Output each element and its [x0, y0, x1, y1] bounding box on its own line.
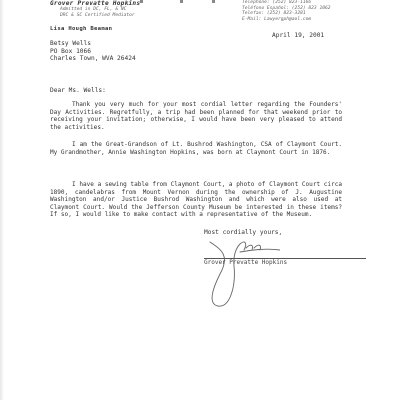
closing: Most cordially yours, [204, 229, 282, 236]
recipient-address: Betsy Wells PO Box 1066 Charles Town, WV… [50, 40, 136, 63]
letter-date: April 19, 2001 [272, 32, 324, 39]
contact-email: E-Mail: Lawyergph@aol.com [242, 17, 331, 23]
sender-name: Grover Prevatte Hopkins [50, 0, 140, 7]
recipient-address-line2: Charles Town, WVA 26424 [50, 55, 136, 63]
paragraph-text: Thank you very much for your most cordia… [50, 101, 342, 131]
sender-certification: DRC & SC Certified Mediator [60, 13, 140, 19]
paragraph-text: I am the Great-Grandson of Lt. Bushrod W… [50, 141, 342, 156]
letter-page: Grover Prevatte Hopkins Admitted in DC, … [0, 0, 400, 400]
handwritten-signature-icon [200, 236, 280, 311]
salutation: Dear Ms. Wells: [50, 87, 106, 94]
scan-marks [140, 0, 240, 6]
body-paragraph: Thank you very much for your most cordia… [50, 101, 342, 131]
letterhead-contact: Telephone: (252) 823-1166 Teléfono Españ… [242, 0, 331, 22]
signature-printed-name: Grover Prevatte Hopkins [204, 259, 287, 266]
body-paragraph: I am the Great-Grandson of Lt. Bushrod W… [50, 141, 342, 156]
recipient-address-line1: PO Box 1066 [50, 48, 136, 56]
body-paragraph: I have a sewing table from Claymont Cour… [50, 181, 342, 219]
associate-name: Lisa Hough Beaman [50, 26, 112, 32]
scan-edge-shadow [0, 0, 4, 400]
recipient-name: Betsy Wells [50, 40, 136, 48]
paragraph-text: I have a sewing table from Claymont Cour… [50, 181, 342, 218]
letterhead-sender: Grover Prevatte Hopkins Admitted in DC, … [50, 0, 140, 18]
